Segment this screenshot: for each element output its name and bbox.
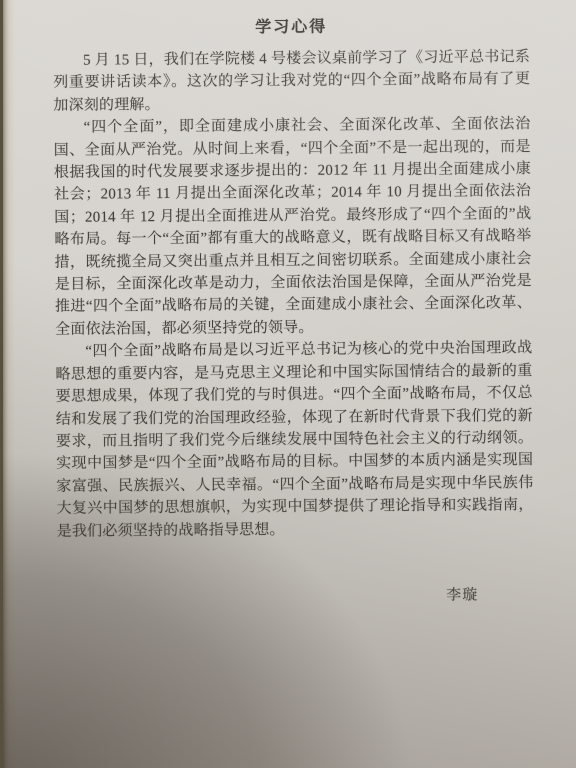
- paragraph-intro: 5 月 15 日，我们在学院楼 4 号楼会议桌前学习了《习近平总书记系列重要讲话…: [53, 46, 531, 117]
- signature: 李璇: [57, 583, 534, 608]
- document-content: 学习心得 5 月 15 日，我们在学院楼 4 号楼会议桌前学习了《习近平总书记系…: [53, 12, 535, 608]
- paragraph-four-comprehensives: “四个全面”，即全面建成小康社会、全面深化改革、全面依法治国、全面从严治党。从时…: [53, 113, 532, 341]
- document-title: 学习心得: [53, 12, 530, 39]
- photo-of-document: 学习心得 5 月 15 日，我们在学院楼 4 号楼会议桌前学习了《习近平总书记系…: [0, 0, 576, 768]
- paragraph-strategic-meaning: “四个全面”战略布局是以习近平总书记为核心的党中央治国理政战略思想的重要内容，是…: [55, 337, 534, 542]
- paper-left-edge: [3, 0, 15, 768]
- paper-sheet: 学习心得 5 月 15 日，我们在学院楼 4 号楼会议桌前学习了《习近平总书记系…: [3, 0, 576, 768]
